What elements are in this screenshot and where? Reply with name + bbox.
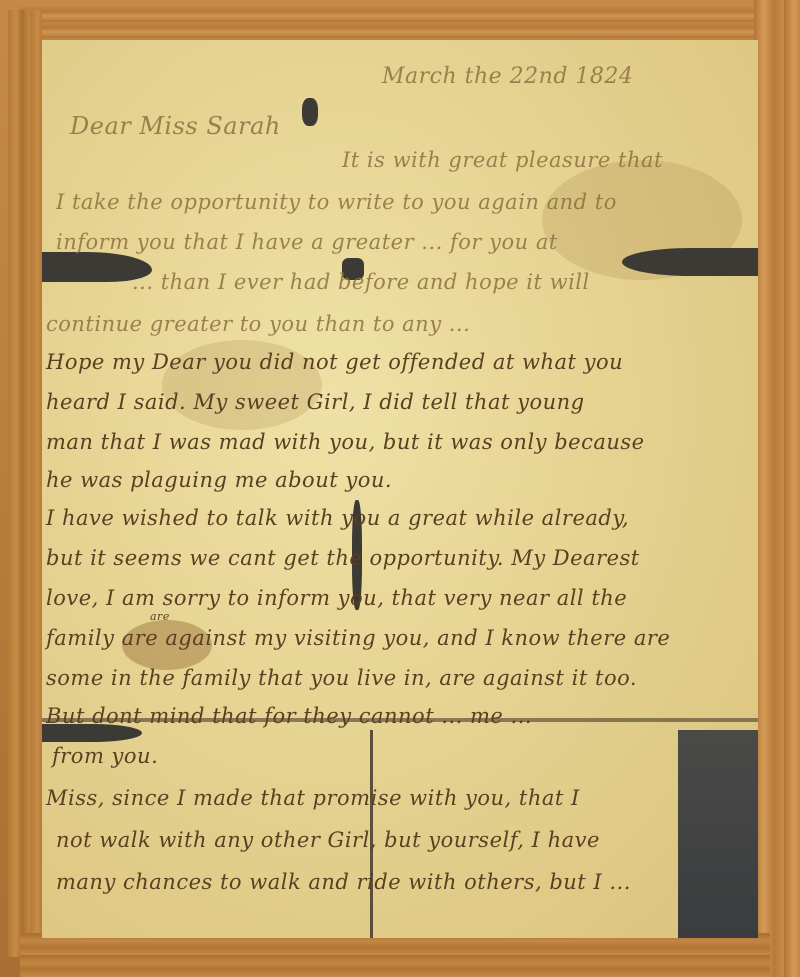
- letter-line: I have wished to talk with you a great w…: [46, 506, 629, 530]
- letter-line: not walk with any other Girl, but yourse…: [56, 828, 600, 852]
- paper-damage-right: [622, 248, 758, 276]
- letter-date: March the 22nd 1824: [382, 64, 633, 89]
- letter-line: man that I was mad with you, but it was …: [46, 430, 645, 454]
- letter-line: continue greater to you than to any ...: [46, 312, 470, 336]
- frame-top-molding: [20, 6, 772, 40]
- letter-salutation: Dear Miss Sarah: [70, 112, 281, 140]
- wooden-frame: March the 22nd 1824 Dear Miss Sarah It i…: [0, 0, 800, 977]
- letter-line: I take the opportunity to write to you a…: [56, 190, 617, 214]
- letter-line: love, I am sorry to inform you, that ver…: [46, 586, 627, 610]
- frame-bottom-molding: [20, 933, 770, 977]
- letter-paper: March the 22nd 1824 Dear Miss Sarah It i…: [42, 40, 758, 938]
- letter-line: he was plaguing me about you.: [46, 468, 392, 492]
- letter-line: some in the family that you live in, are…: [46, 666, 637, 690]
- letter-line: Hope my Dear you did not get offended at…: [46, 350, 623, 374]
- frame-left-molding: [8, 10, 42, 957]
- interlinear-note: are: [150, 610, 170, 623]
- frame-right-molding: [754, 0, 800, 977]
- letter-line: inform you that I have a greater ... for…: [56, 230, 558, 254]
- letter-line: It is with great pleasure that: [342, 148, 663, 172]
- letter-line: but it seems we cant get the opportunity…: [46, 546, 640, 570]
- letter-line: But dont mind that for they cannot ... m…: [46, 704, 532, 728]
- letter-line: Miss, since I made that promise with you…: [46, 786, 580, 810]
- letter-line: many chances to walk and ride with other…: [56, 870, 631, 894]
- letter-line: ... than I ever had before and hope it w…: [132, 270, 590, 294]
- letter-line: from you.: [52, 744, 158, 768]
- letter-line: family are against my visiting you, and …: [46, 626, 670, 650]
- missing-corner: [678, 730, 758, 938]
- letter-line: heard I said. My sweet Girl, I did tell …: [46, 390, 585, 414]
- ink-blot: [302, 98, 318, 126]
